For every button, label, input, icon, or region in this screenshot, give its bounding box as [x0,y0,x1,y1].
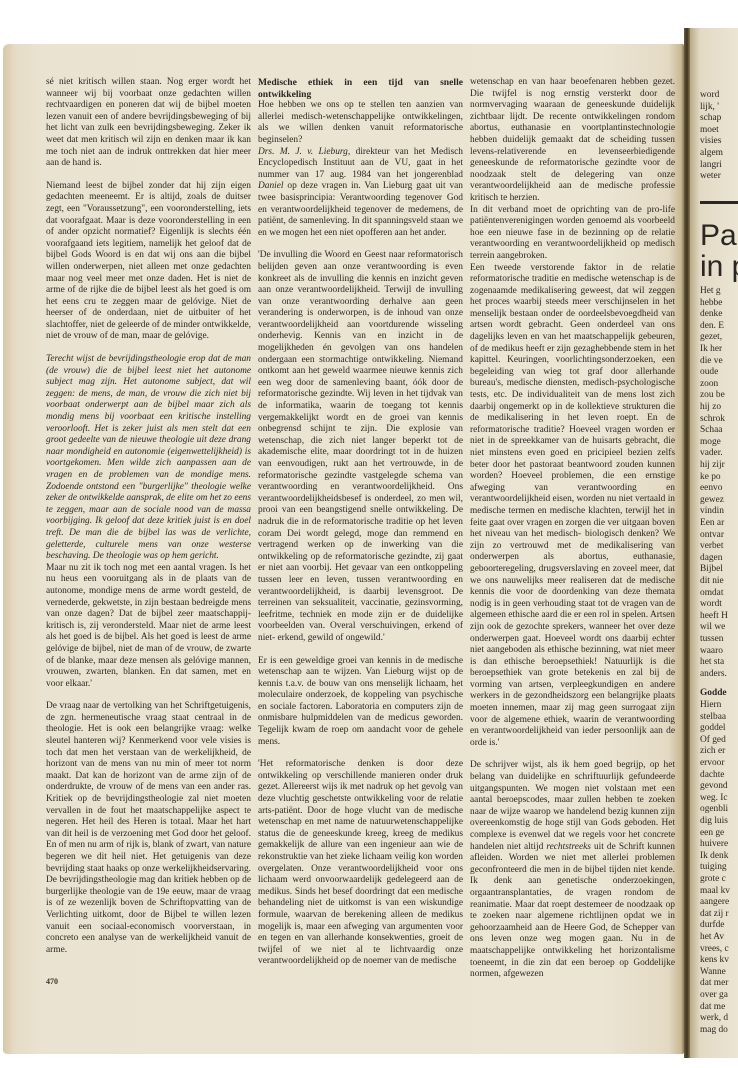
text-line: Schaa [700,425,722,437]
text-line: weter [700,171,721,183]
text-line: over ga [700,990,728,1002]
paragraph: Een tweede verstorende faktor in de rela… [470,263,675,750]
title-line: Pa [700,220,738,251]
text-line: grote c [700,874,726,886]
text-line: den. E [700,321,724,333]
text-line: hebbe [700,298,722,310]
paragraph: De schrijver wijst, als ik hem goed begr… [470,760,675,980]
text-line: het Av [700,932,724,944]
paragraph: In dit verband moet de oprichting van de… [470,205,675,263]
paragraph-italic: Terecht wijst de bevrijdingstheologie er… [46,354,251,563]
text-line: mag do [700,1025,728,1037]
text-line: die ve [700,356,723,368]
quote: 'Het reformatorische denken is door deze… [258,759,463,968]
author-name: Drs. M. J. v. Lieburg [258,147,348,157]
text-line: dachte [700,770,724,782]
column-3: wetenschap en van haar beoefenaren hebbe… [470,77,675,981]
text-line: ontvar [700,530,724,542]
text-line: schrok [700,414,725,426]
text-line: zoon [700,379,718,391]
text-line: Ik denk [700,851,728,863]
text-line: Hiern [700,700,721,712]
paragraph: Maar nu zit ik toch nog met een aantal v… [46,563,251,691]
title-line: in p [700,251,738,282]
subheading: Godde [700,688,727,700]
text-line: moet [700,125,719,137]
text-line: dit nie [700,576,724,588]
text-line: Wanne [700,967,726,979]
text-line: hij zo [700,402,721,414]
text-line: dagen [700,553,722,565]
text-line: dat zij r [700,909,729,921]
text-line: dig luis [700,816,728,828]
text-line: omdat [700,588,723,600]
text-line: tussen [700,634,723,646]
text-line: dat me [700,1002,725,1014]
text-line: wordt [700,599,722,611]
paragraph: wetenschap en van haar beoefenaren hebbe… [470,77,675,205]
text-line: goddel [700,723,726,735]
text-line: aangere [700,897,729,909]
text-line: Of ged [700,735,726,747]
text-line: visies [700,136,721,148]
next-page-edge: wordlijk, 'schapmoetvisiesalgemlangriwet… [690,28,738,1058]
text-line: heeft H [700,611,728,623]
text-line: Een ar [700,518,724,530]
paragraph: Niemand leest de bijbel zonder dat hij z… [46,181,251,343]
text-line: gevond [700,781,728,793]
text-line: word [700,90,719,102]
text-line: anders. [700,669,727,681]
next-page-title: Pa in p [700,220,738,282]
text-line: Ik her [700,344,722,356]
magazine-name: Daniel [258,181,284,191]
text-line: eenvo [700,483,722,495]
text-line: Bijbel [700,564,723,576]
paragraph: sé niet kritisch willen staan. Nog erger… [46,77,251,170]
divider-rule [700,201,738,204]
text-line: algem [700,148,723,160]
text-line: maal kv [700,886,730,898]
section-heading: Medische ethiek in een tijd van snelle o… [258,77,463,100]
quote: 'De invulling die Woord en Geest naar re… [258,250,463,644]
emphasis: rechtstreeks [546,842,591,852]
text-line: werk, d [700,1013,728,1025]
text-line: wil we [700,622,725,634]
paragraph: Er is een geweldige groei van kennis in … [258,656,463,749]
paragraph: Hoe hebben we ons op te stellen ten aanz… [258,100,463,146]
text-line: kens kv [700,955,729,967]
text-line: tuiging [700,862,727,874]
text-line: stelbaa [700,712,726,724]
text-line: verbet [700,541,723,553]
text-line: Het g [700,286,721,298]
text-line: dat mer [700,978,728,990]
column-1: sé niet kritisch willen staan. Nog erger… [46,77,251,956]
paragraph: Drs. M. J. v. Lieburg, direkteur van het… [258,147,463,240]
text-line: weg. Ic [700,793,728,805]
text-line: langri [700,160,722,172]
text-line: een ge [700,828,724,840]
text-line: vrees, c [700,944,729,956]
text-line: zich er [700,746,725,758]
text-line: durfde [700,920,724,932]
text-line: het sta [700,657,724,669]
page-number: 470 [46,977,58,986]
text-line: ervoor [700,758,724,770]
text-line: moge [700,437,721,449]
text-run: uit de Schrift kunnen afleiden. Worden w… [470,842,675,980]
text-line: ke po [700,472,721,484]
text-line: zou be [700,390,725,402]
text-line: gewez [700,495,724,507]
text-line: vindin [700,506,724,518]
text-run: op deze vragen in. Van Lieburg gaat uit … [258,181,463,237]
text-line: oude [700,367,718,379]
text-line: vader. [700,448,723,460]
paragraph: De vraag naar de vertolking van het Schr… [46,701,251,956]
text-line: huivere [700,839,728,851]
text-line: hij zijr [700,460,725,472]
text-line: denke [700,309,722,321]
text-line: waaro [700,646,723,658]
text-line: lijk, ' [700,102,719,114]
text-run: De schrijver wijst, als ik hem goed begr… [470,760,675,851]
column-2: Medische ethiek in een tijd van snelle o… [258,77,463,968]
text-line: schap [700,113,721,125]
text-line: gezet, [700,332,722,344]
text-line: ogenbli [700,804,728,816]
